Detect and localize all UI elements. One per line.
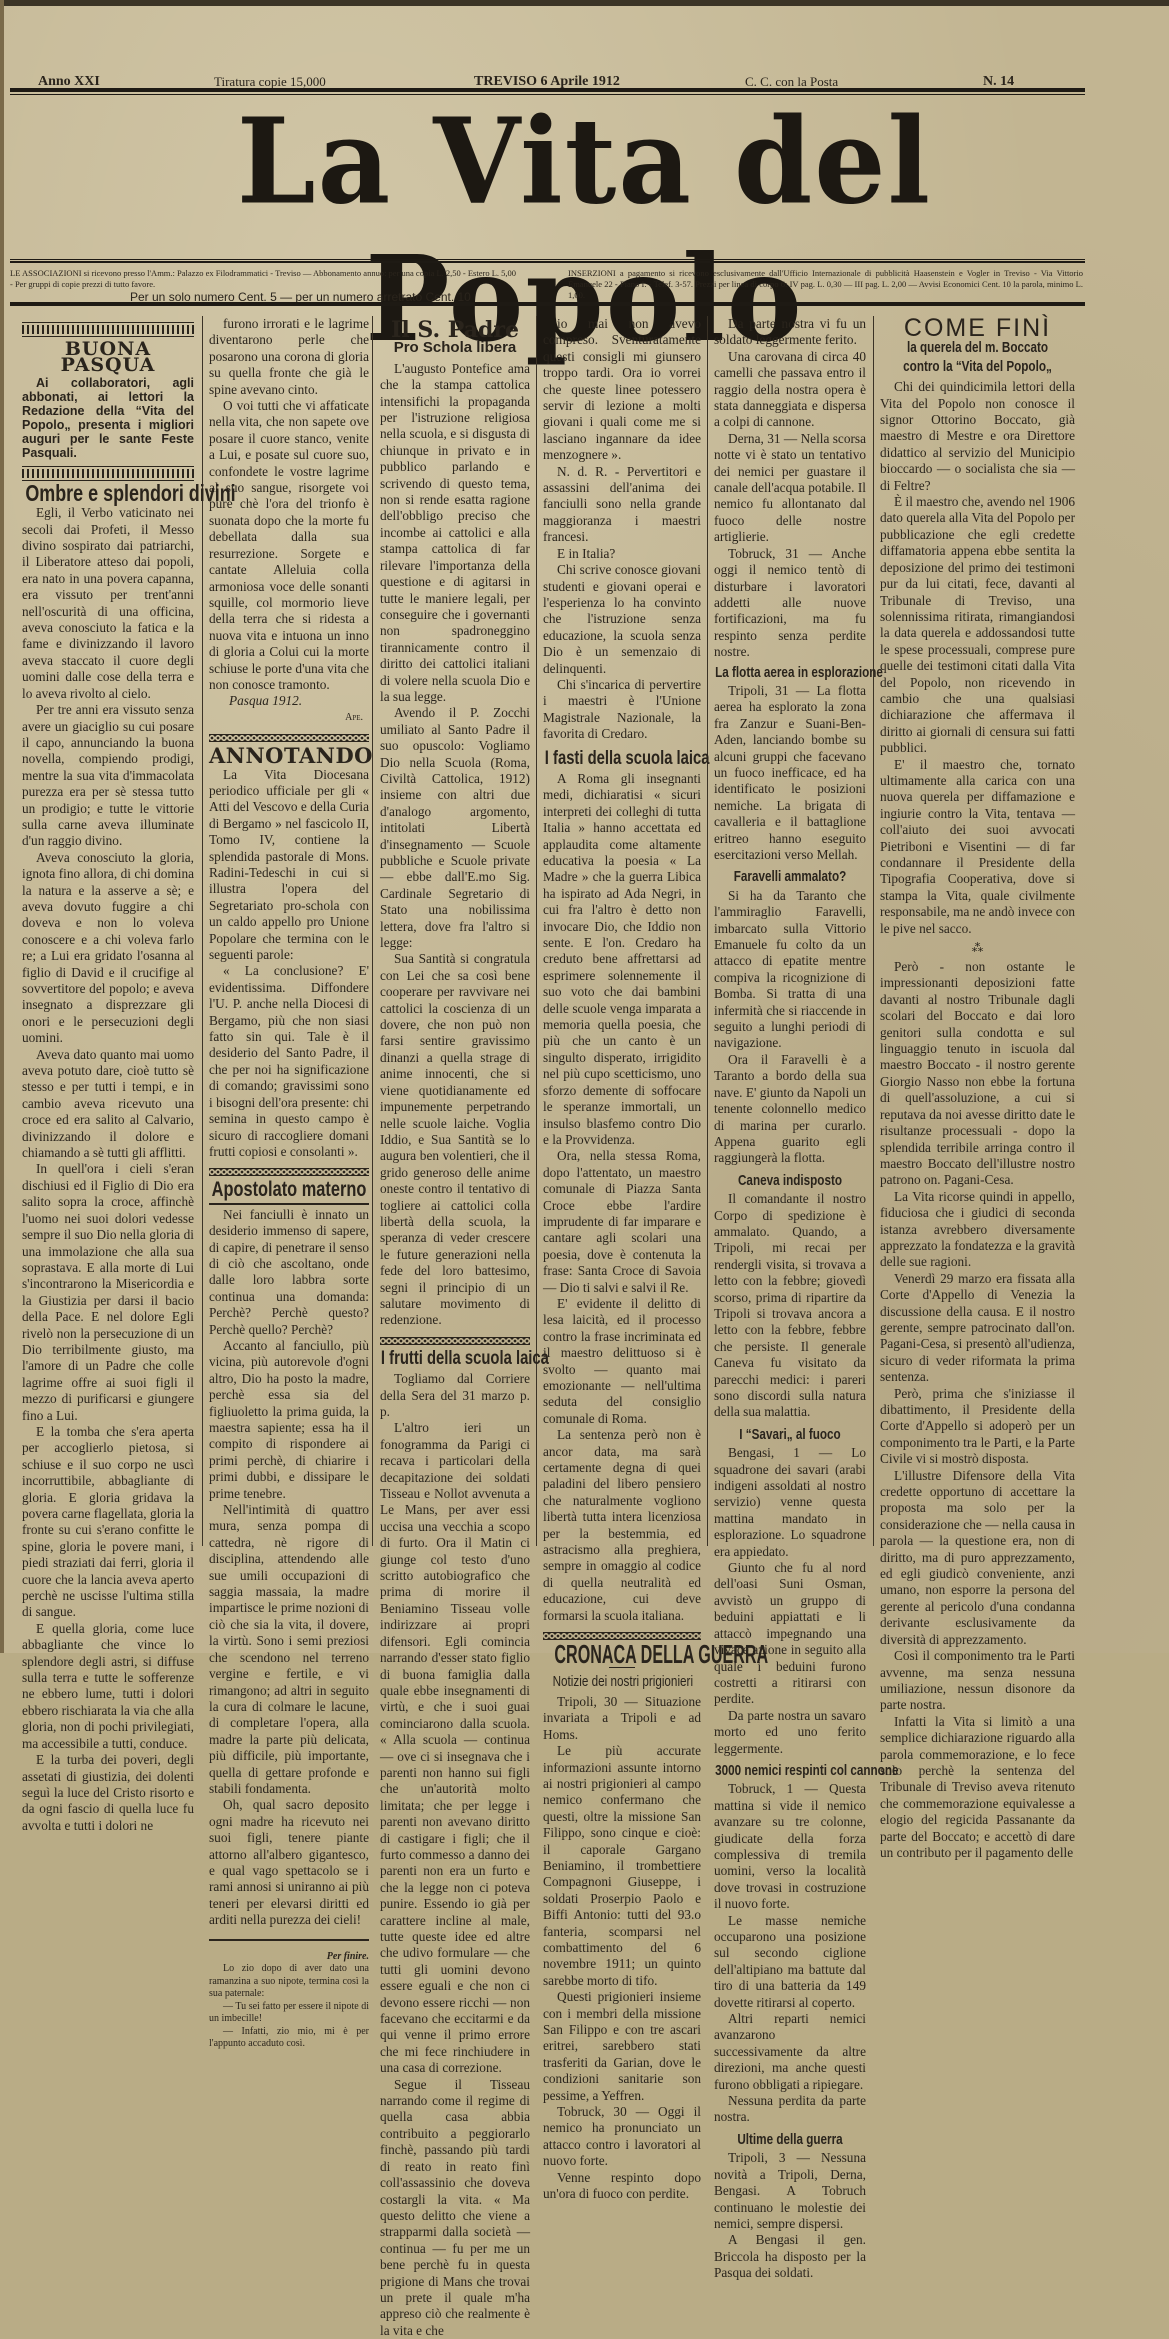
paragraph: Tobruck, 31 — Anche oggi il nemico tentò… <box>714 546 866 661</box>
subscription-line2: - Per gruppi di copie prezzi di tutto fa… <box>10 279 550 290</box>
column-6: COME FINÌ la querela del m. Boccato cont… <box>880 316 1075 1653</box>
faravelli-headline: Faravelli ammalato? <box>723 869 857 885</box>
air-fleet-headline: La flotta aerea in esplorazione <box>715 665 865 681</box>
paragraph: E la tomba che s'era aperta per accoglie… <box>22 1424 194 1621</box>
article-continuation: furono irrorati e le lagrime diventarono… <box>209 316 369 693</box>
paragraph: La sentenza però non è ancor data, ma sa… <box>543 1427 701 1624</box>
savari-text: Bengasi, 1 — Lo squadrone dei savari (ar… <box>714 1445 866 1653</box>
article-headline: Ombre e splendori divini <box>25 485 190 501</box>
subscription-rule-top-thick <box>10 261 1085 263</box>
ornament-divider <box>209 734 369 742</box>
paragraph: L'augusto Pontefice ama che la stampa ca… <box>380 361 530 706</box>
pope-headline: Il S. Padre <box>380 322 530 338</box>
paragraph: furono irrorati e le lagrime diventarono… <box>209 316 369 398</box>
air-fleet-text: Tripoli, 31 — La flotta aerea ha esplora… <box>714 683 866 863</box>
ornament-divider <box>22 466 194 481</box>
column-rule <box>372 316 373 1546</box>
war-news-continuation: Da parte nostra vi fu un soldato leggerm… <box>714 316 866 661</box>
paragraph: Aveva conosciuto la gloria, ignota fino … <box>22 850 194 1047</box>
paragraph: A Roma gli insegnanti medi, dichiaratisi… <box>543 771 701 1148</box>
annotando-headline: ANNOTANDO <box>209 748 369 764</box>
signature: Ape. <box>209 710 363 726</box>
paragraph: Ora, nella stessa Roma, dopo l'attentato… <box>543 1148 701 1296</box>
paragraph: Ora il Faravelli è a Taranto a bordo del… <box>714 1052 866 1167</box>
paragraph: Togliamo dal Corriere della Sera del 31 … <box>380 1371 530 1420</box>
paragraph: Derna, 31 — Nella scorsa notte vi è stat… <box>714 431 866 546</box>
header-bottom-rule <box>10 302 1085 306</box>
faravelli-text: Si ha da Taranto che l'ammiraglio Farave… <box>714 888 866 1167</box>
paragraph: Chi scrive conosce giovani studenti e gi… <box>543 562 701 677</box>
paragraph: L'illustre Difensore della Vita credette… <box>880 1468 1075 1648</box>
ornament-divider <box>380 1337 530 1345</box>
column-4: io mai non avevo compreso. Sventuratamen… <box>543 316 701 1653</box>
come-fini-body: Chi dei quindicimila lettori della Vita … <box>880 379 1075 937</box>
column-5: Da parte nostra vi fu un soldato leggerm… <box>714 316 866 1653</box>
paragraph: « La conclusione? E' evidentissima. Diff… <box>209 963 369 1160</box>
caneva-text: Il comandante il nostro Corpo di spedizi… <box>714 1191 866 1421</box>
column-rule <box>707 316 708 1546</box>
come-fini-subheadline-2: contro la “Vita del Popolo„ <box>894 359 1062 375</box>
frutti-headline: I frutti della scuola laica <box>381 1351 529 1367</box>
annotando-body: La Vita Diocesana periodico ufficiale pe… <box>209 767 369 1161</box>
newspaper-page: Anno XXI Tiratura copie 15,000 TREVISO 6… <box>0 0 1169 1653</box>
paragraph: È il maestro che, avendo nel 1906 dato q… <box>880 494 1075 757</box>
article-continuation: io mai non avevo compreso. Sventuratamen… <box>543 316 701 743</box>
greeting-headline: BUONA PASQUA <box>22 341 194 374</box>
paragraph: Avendo il P. Zocchi umiliato al Santo Pa… <box>380 705 530 951</box>
paragraph: La Vita Diocesana periodico ufficiale pe… <box>209 767 369 964</box>
advertising-info: INSERZIONI a pagamento si ricevono esclu… <box>568 268 1083 301</box>
paragraph: Aveva dato quanto mai uomo aveva potuto … <box>22 1047 194 1162</box>
apostolato-body: Nei fanciulli è innato un desiderio imme… <box>209 1207 369 1653</box>
pope-subheadline: Pro Schola libera <box>380 340 530 356</box>
paragraph: Per tre anni era vissuto senza avere un … <box>22 702 194 850</box>
dateline: Pasqua 1912. <box>229 693 369 709</box>
come-fini-headline: COME FINÌ <box>880 320 1075 336</box>
scan-top-edge <box>0 0 1169 6</box>
article-body: Egli, il Verbo vaticinato nei secoli dai… <box>22 505 194 1653</box>
paragraph: Sua Santità si congratula con Lei che sa… <box>380 951 530 1328</box>
ornament-divider <box>209 1168 369 1176</box>
greeting-text: Ai collaboratori, agli abbonati, ai lett… <box>22 376 194 460</box>
column-2: furono irrorati e le lagrime diventarono… <box>209 316 369 1653</box>
masthead-rule <box>10 88 1085 92</box>
column-3: Il S. Padre Pro Schola libera L'augusto … <box>380 316 530 1653</box>
asterism-divider: ⁂ <box>880 943 1075 953</box>
apostolato-headline: Apostolato materno <box>211 1182 367 1198</box>
paragraph: In quell'ora i cieli s'eran dischiusi ed… <box>22 1161 194 1424</box>
paragraph: Giunto che fu al nord dell'oasi Suni Osm… <box>714 1560 866 1653</box>
column-1: BUONA PASQUA Ai collaboratori, agli abbo… <box>22 316 194 1653</box>
come-fini-subheadline-1: la querela del m. Boccato <box>894 340 1062 356</box>
paragraph: Da parte nostra vi fu un soldato leggerm… <box>714 316 866 349</box>
ornament-divider <box>22 322 194 337</box>
paragraph: Bengasi, 1 — Lo squadrone dei savari (ar… <box>714 1445 866 1560</box>
subscription-line1: LE ASSOCIAZIONI si ricevono presso l'Amm… <box>10 268 550 279</box>
paragraph: Egli, il Verbo vaticinato nei secoli dai… <box>22 505 194 702</box>
war-chronicle-headline: CRONACA DELLA GUERRA <box>554 1646 689 1653</box>
paragraph: N. d. R. - Pervertitori e assassini dell… <box>543 464 701 546</box>
paragraph: E in Italia? <box>543 546 701 562</box>
paragraph: Però, prima che s'iniziasse il dibattime… <box>880 1386 1075 1468</box>
headline-underline <box>209 1203 369 1205</box>
paragraph: Nei fanciulli è innato un desiderio imme… <box>209 1207 369 1338</box>
paragraph: E' il maestro che, tornato ultimamente a… <box>880 757 1075 937</box>
subscription-rule-top <box>10 259 1085 260</box>
paragraph: E quella gloria, come luce abbagliante c… <box>22 1621 194 1653</box>
paragraph: Venerdì 29 marzo era fissata alla Corte … <box>880 1271 1075 1386</box>
paragraph: L'altro ieri un fonogramma da Parigi ci … <box>380 1420 530 1653</box>
paragraph: Chi dei quindicimila lettori della Vita … <box>880 379 1075 494</box>
pope-article-body: L'augusto Pontefice ama che la stampa ca… <box>380 361 530 1329</box>
caneva-headline: Caneva indisposto <box>723 1173 857 1189</box>
paragraph: Nell'intimità di quattro mura, senza pom… <box>209 1502 369 1653</box>
subscription-info: LE ASSOCIAZIONI si ricevono presso l'Amm… <box>10 268 550 303</box>
fasti-article-body: A Roma gli insegnanti medi, dichiaratisi… <box>543 771 701 1624</box>
savari-headline: I “Savari„ al fuoco <box>723 1427 857 1443</box>
paragraph: Una carovana di circa 40 camelli che pas… <box>714 349 866 431</box>
paragraph: Si ha da Taranto che l'ammiraglio Farave… <box>714 888 866 1052</box>
paragraph: io mai non avevo compreso. Sventuratamen… <box>543 316 701 464</box>
paragraph: Però - non ostante le impressionanti dep… <box>880 959 1075 1189</box>
paragraph: La Vita ricorse quindi in appello, fiduc… <box>880 1189 1075 1271</box>
fasti-headline: I fasti della scuola laica <box>545 751 699 767</box>
come-fini-body-continued: Però - non ostante le impressionanti dep… <box>880 959 1075 1653</box>
paragraph: E' evidente il delitto di lesa laicità, … <box>543 1296 701 1427</box>
paragraph: Chi s'incarica di pervertire i maestri è… <box>543 677 701 743</box>
frutti-article-body: Togliamo dal Corriere della Sera del 31 … <box>380 1371 530 1653</box>
column-rule <box>873 316 874 1546</box>
paragraph: Accanto al fanciullo, più vicina, più au… <box>209 1338 369 1502</box>
paragraph: Così il componimento tra le Parti avvenn… <box>880 1648 1075 1653</box>
paragraph: O voi tutti che vi affaticate nella vita… <box>209 398 369 693</box>
